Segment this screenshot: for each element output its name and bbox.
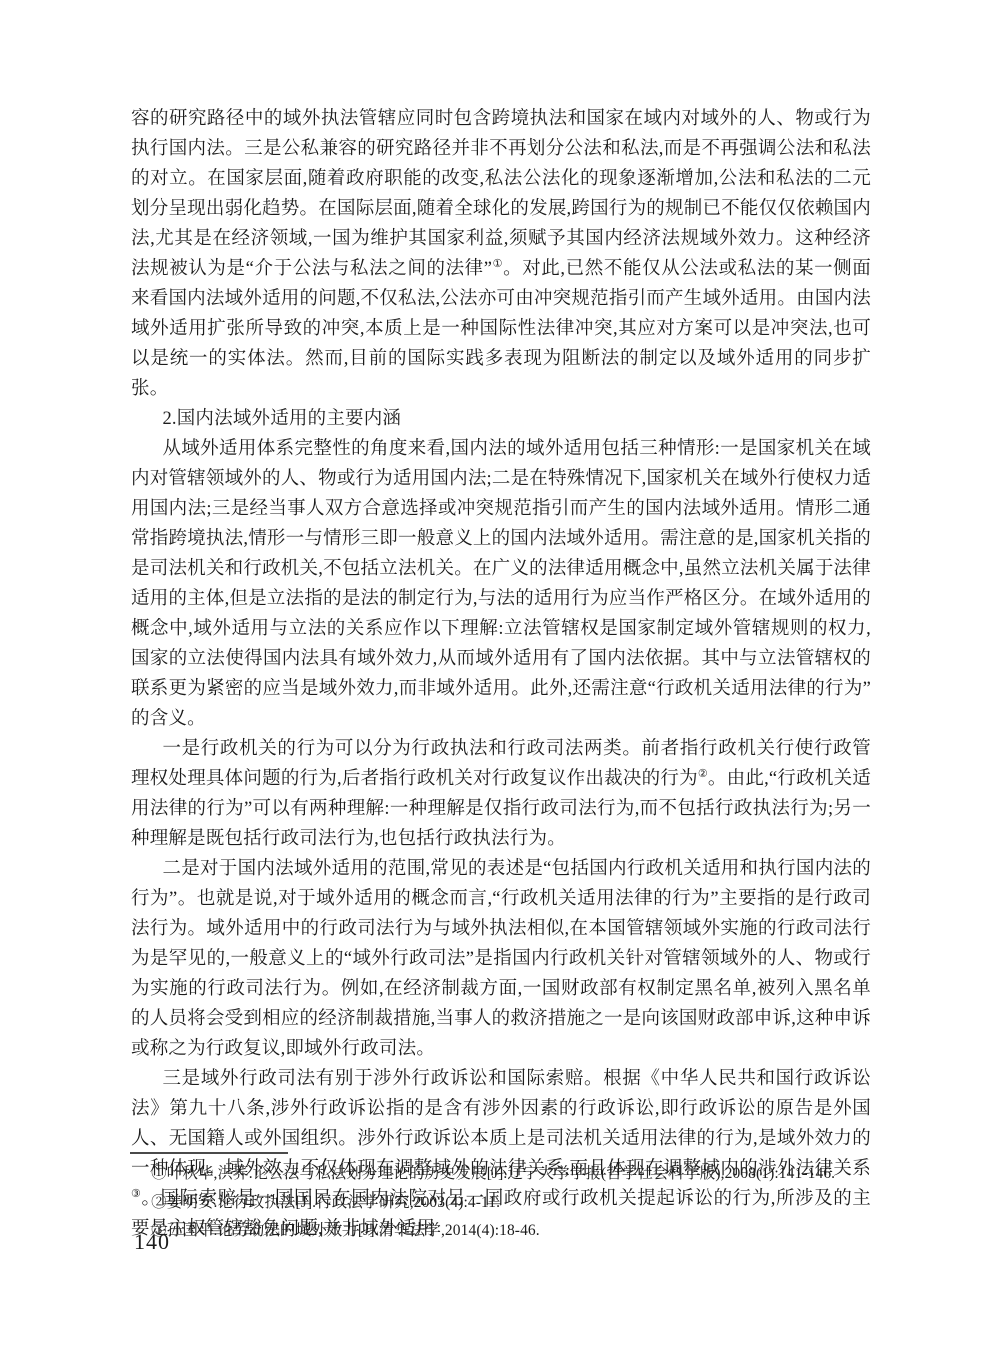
text-segment: 。对此,已然不能仅从公法或私法的某一侧面来看国内法域外适用的问题,不仅私法,公法… (131, 259, 871, 399)
text-segment: 2.国内法域外适用的主要内涵 (162, 409, 401, 429)
article-body: 容的研究路径中的域外执法管辖应同时包含跨境执法和国家在域内对域外的人、物或行为执… (131, 104, 871, 1244)
text-segment: 二是对于国内法域外适用的范围,常见的表述是“包括国内行政机关适用和执行国内法的行… (131, 859, 871, 1059)
paragraph-overview: 从域外适用体系完整性的角度来看,国内法的域外适用包括三种情形:一是国家机关在域内… (131, 434, 871, 734)
footnote-marker: ① (151, 1165, 167, 1182)
paragraph-continuation: 容的研究路径中的域外执法管辖应同时包含跨境执法和国家在域内对域外的人、物或行为执… (131, 104, 871, 404)
footnote-text: 孙国平.论劳动法的域外效力[J].清华法学,2014(4):18-46. (167, 1222, 540, 1239)
section-heading: 2.国内法域外适用的主要内涵 (131, 404, 871, 434)
footnote-text: 叶秋华,洪荞.论公法与私法划分理论的历史发展[J].辽宁大学学报(哲学社会科学版… (167, 1165, 835, 1182)
footnote-marker: ② (151, 1194, 167, 1211)
footnote: ①叶秋华,洪荞.论公法与私法划分理论的历史发展[J].辽宁大学学报(哲学社会科学… (131, 1160, 873, 1189)
paragraph-point-two: 二是对于国内法域外适用的范围,常见的表述是“包括国内行政机关适用和执行国内法的行… (131, 854, 871, 1064)
footnote-separator (130, 1152, 288, 1154)
journal-page: 容的研究路径中的域外执法管辖应同时包含跨境执法和国家在域内对域外的人、物或行为执… (0, 0, 1000, 1347)
footnote-reference-marker: ② (698, 768, 708, 780)
footnotes-section: ①叶秋华,洪荞.论公法与私法划分理论的历史发展[J].辽宁大学学报(哲学社会科学… (131, 1160, 873, 1246)
footnote: ②姜明安.论行政执法[J].行政法学研究,2003(4):4-11. (131, 1189, 873, 1218)
text-segment: 容的研究路径中的域外执法管辖应同时包含跨境执法和国家在域内对域外的人、物或行为执… (131, 109, 871, 279)
text-segment: 从域外适用体系完整性的角度来看,国内法的域外适用包括三种情形:一是国家机关在域内… (131, 439, 871, 729)
footnote-reference-marker: ① (492, 258, 503, 270)
paragraph-point-one: 一是行政机关的行为可以分为行政执法和行政司法两类。前者指行政机关行使行政管理权处… (131, 734, 871, 854)
page-number: 140 (134, 1229, 170, 1255)
footnote-text: 姜明安.论行政执法[J].行政法学研究,2003(4):4-11. (167, 1194, 500, 1211)
footnote: ③孙国平.论劳动法的域外效力[J].清华法学,2014(4):18-46. (131, 1217, 873, 1246)
